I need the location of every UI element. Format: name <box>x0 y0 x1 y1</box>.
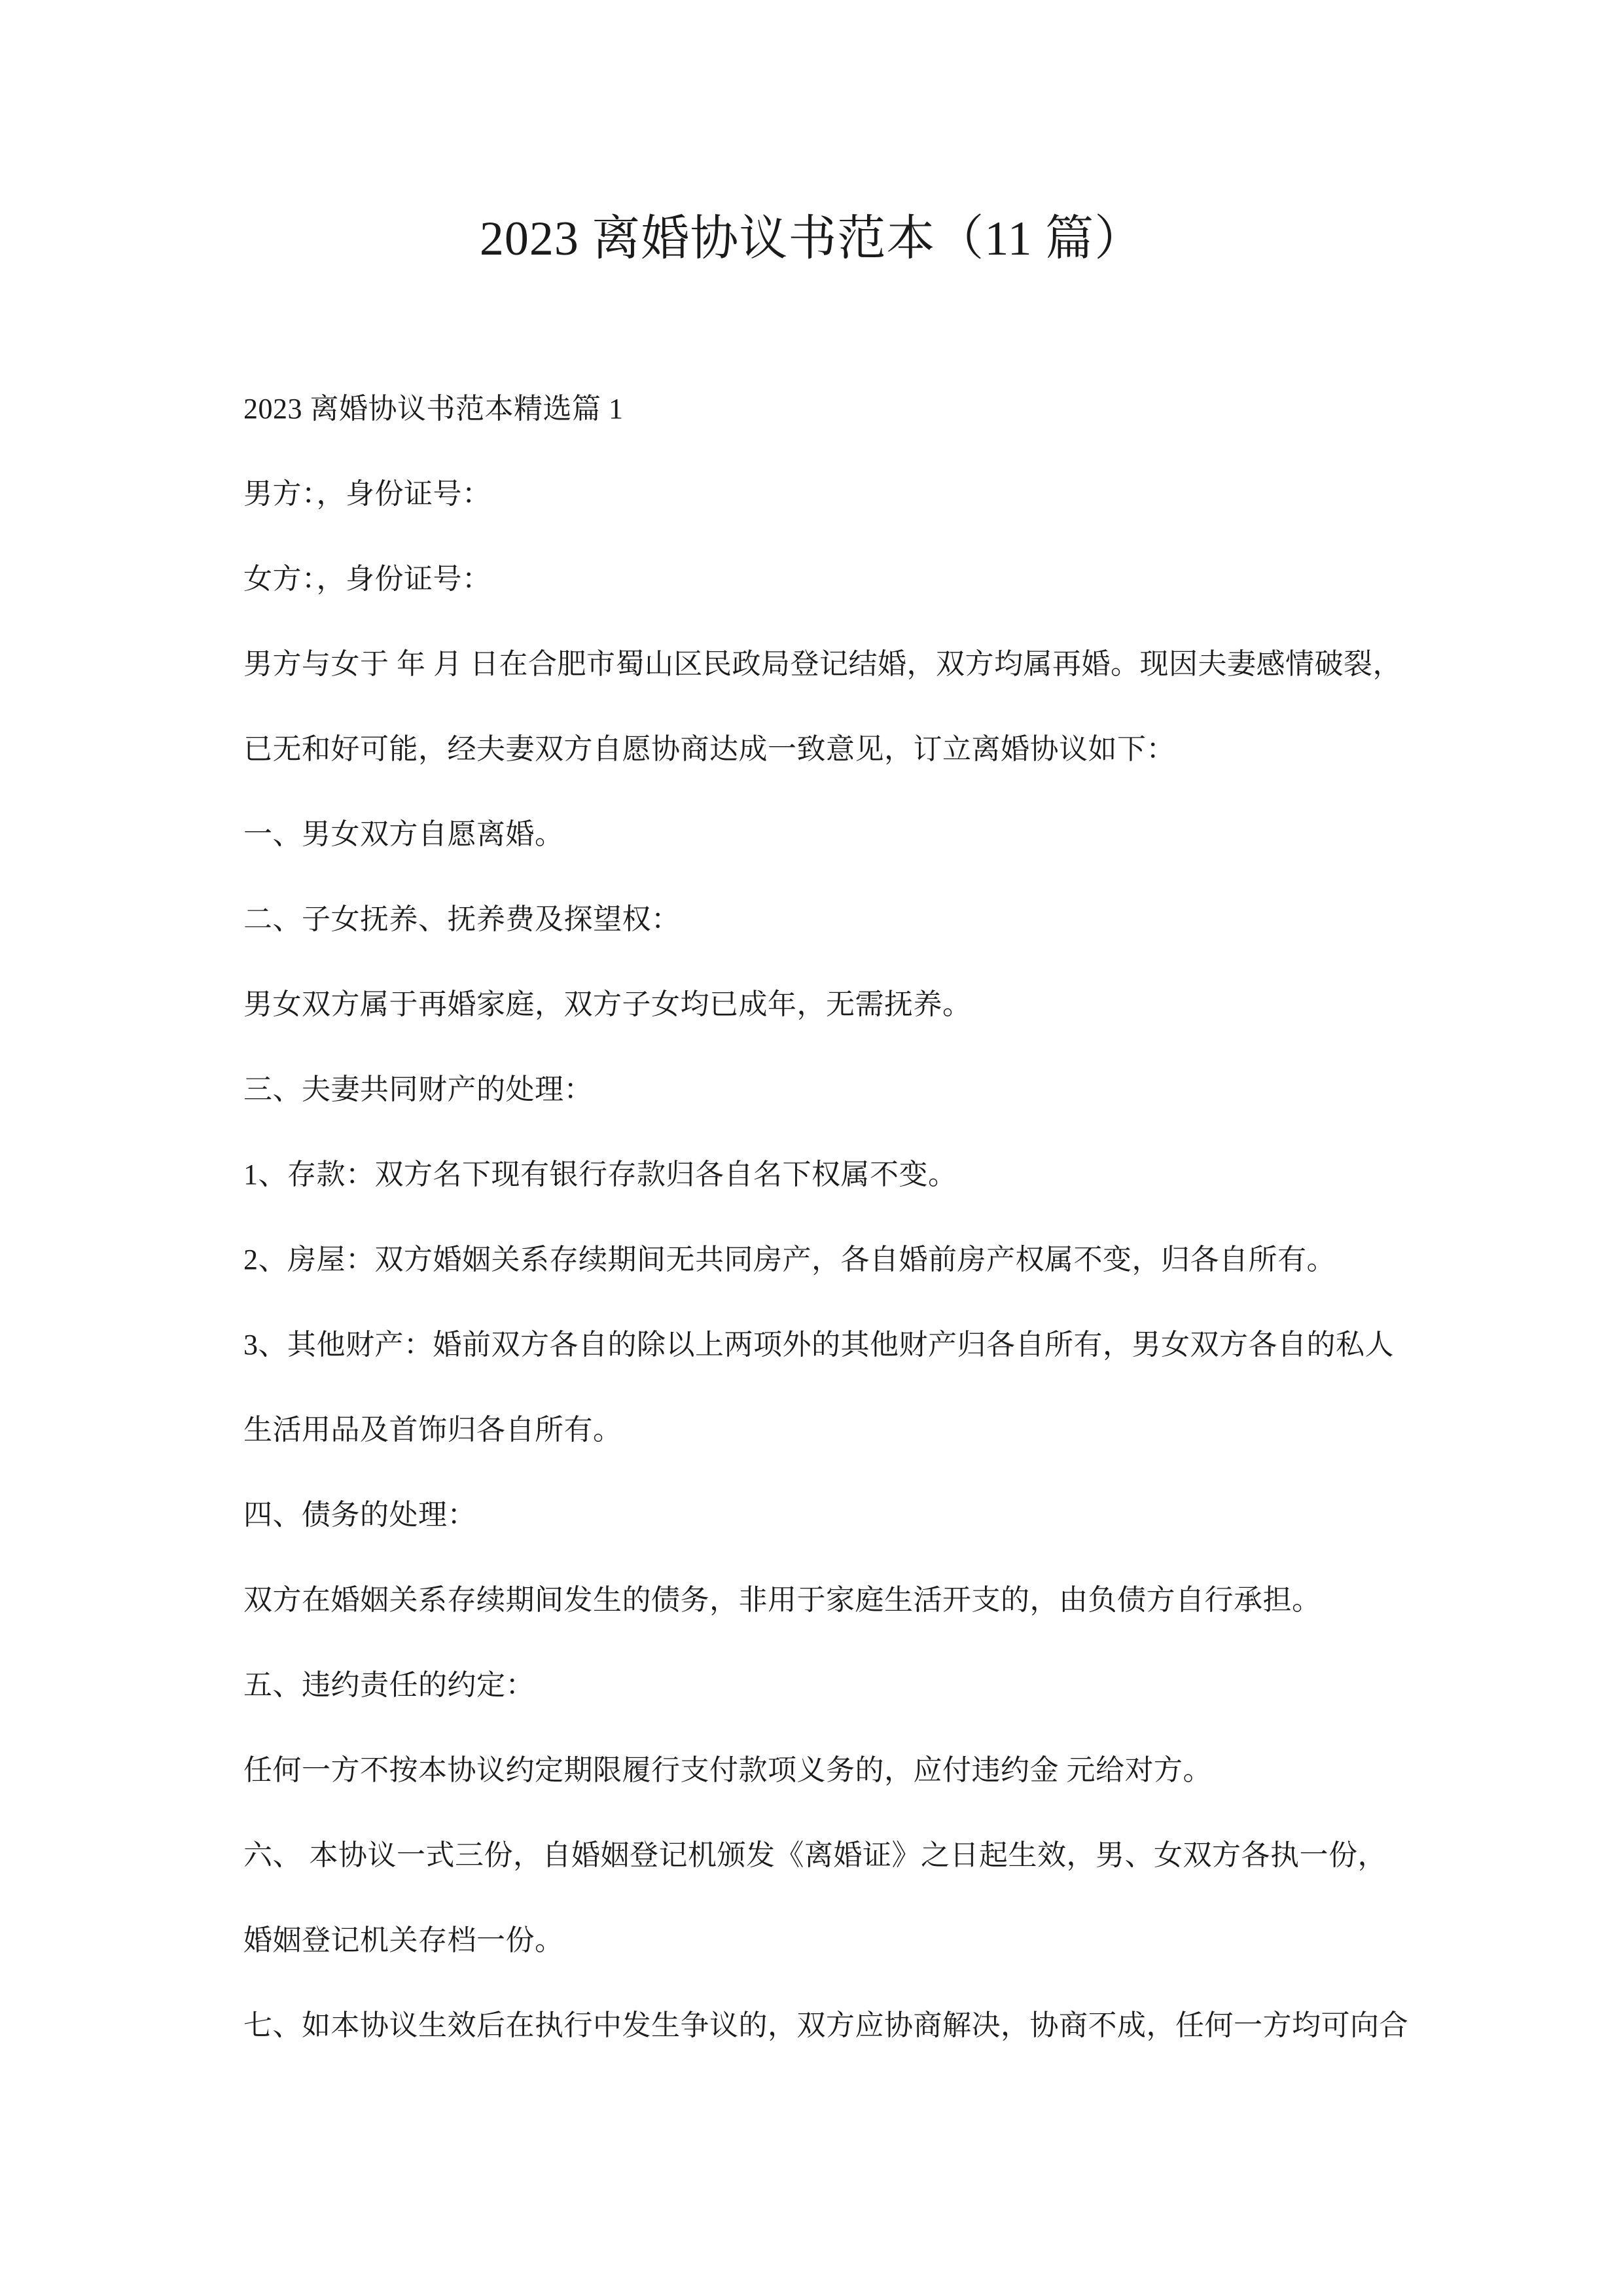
text-line: 三、夫妻共同财产的处理： <box>243 1047 1385 1132</box>
text-line: 男女双方属于再婚家庭，双方子女均已成年，无需抚养。 <box>243 962 1385 1047</box>
document-body: 2023 离婚协议书范本精选篇 1男方：，身份证号：女方：，身份证号：男方与女于… <box>243 367 1385 2068</box>
text-line: 六、 本协议一式三份，自婚姻登记机颁发《离婚证》之日起生效，男、女双方各执一份， <box>243 1813 1385 1898</box>
text-line: 已无和好可能，经夫妻双方自愿协商达成一致意见，订立离婚协议如下： <box>243 707 1385 792</box>
text-line: 四、债务的处理： <box>243 1473 1385 1558</box>
text-line: 男方与女于 年 月 日在合肥市蜀山区民政局登记结婚，双方均属再婚。现因夫妻感情破… <box>243 622 1385 707</box>
text-line: 2023 离婚协议书范本精选篇 1 <box>243 367 1385 452</box>
text-line: 五、违约责任的约定： <box>243 1643 1385 1728</box>
text-line: 1、存款：双方名下现有银行存款归各自名下权属不变。 <box>243 1132 1385 1217</box>
text-line: 二、子女抚养、抚养费及探望权： <box>243 877 1385 962</box>
document-page: 2023 离婚协议书范本（11 篇） 2023 离婚协议书范本精选篇 1男方：，… <box>0 0 1623 2296</box>
text-line: 双方在婚姻关系存续期间发生的债务，非用于家庭生活开支的，由负债方自行承担。 <box>243 1558 1385 1643</box>
text-line: 生活用品及首饰归各自所有。 <box>243 1388 1385 1473</box>
text-line: 七、如本协议生效后在执行中发生争议的，双方应协商解决，协商不成，任何一方均可向合 <box>243 1983 1385 2068</box>
document-title: 2023 离婚协议书范本（11 篇） <box>0 196 1623 281</box>
text-line: 女方：，身份证号： <box>243 537 1385 622</box>
text-line: 男方：，身份证号： <box>243 452 1385 537</box>
text-line: 任何一方不按本协议约定期限履行支付款项义务的，应付违约金 元给对方。 <box>243 1728 1385 1813</box>
text-line: 婚姻登记机关存档一份。 <box>243 1898 1385 1983</box>
text-line: 一、男女双方自愿离婚。 <box>243 792 1385 877</box>
text-line: 3、其他财产：婚前双方各自的除以上两项外的其他财产归各自所有，男女双方各自的私人 <box>243 1302 1385 1388</box>
text-line: 2、房屋：双方婚姻关系存续期间无共同房产，各自婚前房产权属不变，归各自所有。 <box>243 1217 1385 1302</box>
